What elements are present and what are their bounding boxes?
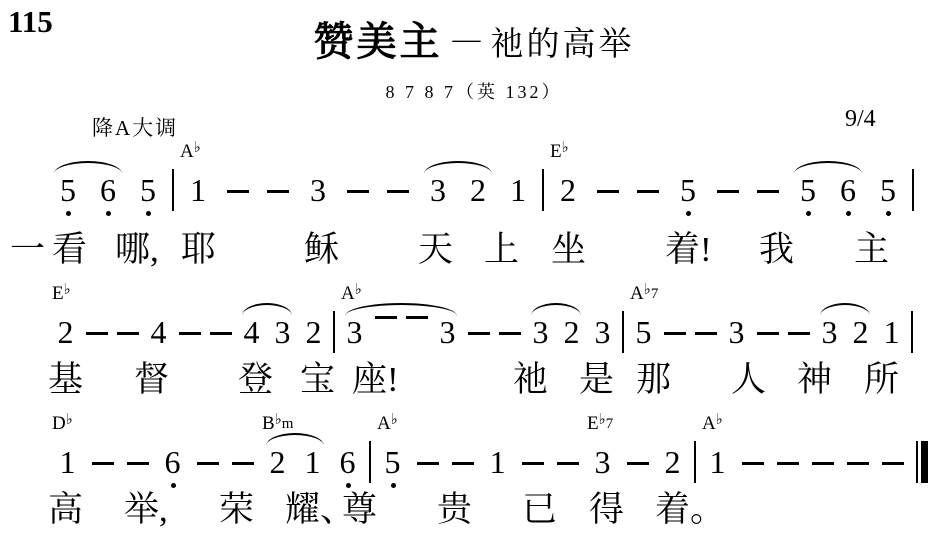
note: 2 [298,316,329,348]
note: 1 [876,316,907,348]
chord-suffix: 7 [606,416,614,432]
flat-sign: ♭ [194,140,201,156]
lyric-syllable: 得 [589,490,624,530]
note: 1 [480,446,515,478]
duration-dash-mark [717,190,739,193]
slur-group: B♭m21 [260,446,330,478]
lyric-syllable: 神 [797,360,832,400]
duration-dash [370,316,401,332]
duration-dash-mark [882,462,904,465]
duration-dash [748,190,788,206]
duration-dash [628,190,668,206]
title-subtitle: 祂的高举 [491,27,635,63]
slur-group: A♭33 [339,316,463,348]
barline [369,441,371,483]
lyric-syllable: 督 [134,360,169,400]
note: 2 [458,174,498,206]
barline [333,311,335,353]
lyric-syllable: 我 [759,230,794,270]
duration-dash-mark [597,190,619,193]
duration-dash-mark [375,316,397,319]
note: 2E♭ [50,316,81,348]
lyric-syllable: 所 [864,360,899,400]
duration-dash-mark [92,462,114,465]
slur-group: 32 [525,316,587,348]
note: 6 [828,174,868,206]
flat-sign: ♭ [66,412,73,428]
duration-dash [225,462,260,478]
note: 3 [418,174,458,206]
duration-dash-mark [117,332,139,335]
barline [694,441,696,483]
duration-dash-mark [210,332,232,335]
lyric-syllable: 耶 [181,230,216,270]
duration-dash-mark [742,462,764,465]
lyric-syllable: 哪, [115,230,159,270]
note: 3E♭7 [585,446,620,478]
meter-info: 8 7 8 7（英 132） [0,78,948,104]
note: 3 [432,316,463,348]
note: 5 [788,174,828,206]
note: 6 [88,174,128,206]
duration-dash [805,462,840,478]
duration-dash-mark [757,190,779,193]
note: 3 [587,316,618,348]
duration-dash-mark [347,190,369,193]
note: 5A♭ [375,446,410,478]
lyric-syllable: 座! [352,360,399,400]
chord-suffix: 7 [651,286,659,302]
chord-label: E♭7 [587,413,613,433]
duration-dash-mark [499,332,521,335]
lyric-syllable: 人 [731,360,766,400]
lyric-syllable: 天 [418,230,453,270]
note: 3 [339,316,370,348]
note: 2 [655,446,690,478]
chord-label: A♭ [377,413,398,433]
music-line-3: 1D♭6B♭m2165A♭13E♭721A♭ [50,442,930,478]
flat-sign: ♭ [391,412,398,428]
duration-dash-mark [127,462,149,465]
flat-sign: ♭ [562,140,569,156]
time-signature: 9/4 [845,106,876,133]
duration-dash-mark [757,332,779,335]
note: 1A♭ [178,174,218,206]
chord-suffix: m [282,416,294,432]
note: 1D♭ [50,446,85,478]
duration-dash [588,190,628,206]
duration-dash [378,190,418,206]
note: 3 [814,316,845,348]
title-dash-separator: — [453,24,481,55]
duration-dash [708,190,748,206]
duration-dash-mark [267,190,289,193]
lyric-syllable: 基 [48,360,83,400]
flat-sign: ♭ [716,412,723,428]
flat-sign: ♭ [275,412,282,428]
chord-label: D♭ [52,413,73,433]
note: 4 [236,316,267,348]
duration-dash [190,462,225,478]
title-main: 赞美主 [314,20,443,64]
note: 3 [298,174,338,206]
duration-dash-mark [637,190,659,193]
note: 1A♭ [700,446,735,478]
chord-label: B♭m [262,413,293,433]
lyric-syllable: 坐 [551,230,586,270]
barline [542,169,544,211]
duration-dash-mark [812,462,834,465]
barline [622,311,624,353]
hymn-sheet: 115 赞美主—祂的高举 8 7 8 7（英 132） 降A大调 9/4 565… [0,0,948,555]
duration-dash-mark [664,332,686,335]
duration-dash [401,316,432,332]
slur-group: 56 [788,174,868,206]
chord-label: A♭ [341,283,362,303]
duration-dash-mark [788,332,810,335]
duration-dash-mark [197,462,219,465]
duration-dash-mark [777,462,799,465]
note: 2 [845,316,876,348]
chord-label: A♭7 [630,283,658,303]
note: 1 [498,174,538,206]
note: 5 [668,174,708,206]
flat-sign: ♭ [599,412,606,428]
duration-dash-mark [387,190,409,193]
duration-dash [770,462,805,478]
lyric-syllable: 荣 [219,490,254,530]
note: 3 [721,316,752,348]
final-barline-thick [921,441,928,483]
note: 5 [48,174,88,206]
duration-dash [735,462,770,478]
lyric-syllable: 着! [665,230,712,270]
duration-dash [205,332,236,348]
slur-group: 32 [418,174,498,206]
duration-dash-mark [468,332,490,335]
duration-dash [81,332,112,348]
lyric-syllable: 看 [52,230,87,270]
lyric-syllable: 着。 [655,490,725,530]
duration-dash-mark [695,332,717,335]
duration-dash [174,332,205,348]
duration-dash [550,462,585,478]
duration-dash [463,332,494,348]
barline [911,311,913,353]
chord-label: E♭ [52,283,71,303]
flat-sign: ♭ [644,282,651,298]
lyric-syllable: 一 [10,230,45,270]
lyric-syllable: 稣 [304,230,339,270]
duration-dash [410,462,445,478]
duration-dash-mark [227,190,249,193]
lyric-syllable: 上 [484,230,519,270]
duration-dash [752,332,783,348]
lyric-syllable: 那 [636,360,671,400]
lyric-syllable: 宝 [300,360,335,400]
note: 1 [295,446,330,478]
lyrics-line-1: 一看哪,耶稣天上坐着!我主 [0,230,948,276]
barline [172,169,174,211]
lyric-syllable: 祂 [513,360,548,400]
duration-dash-mark [627,462,649,465]
duration-dash-mark [406,316,428,319]
note: 6 [330,446,365,478]
lyric-syllable: 登 [238,360,273,400]
note: 2 [260,446,295,478]
note: 2 [556,316,587,348]
slur-group: 56 [48,174,128,206]
duration-dash [515,462,550,478]
lyric-syllable: 高 [48,490,83,530]
duration-dash-mark [522,462,544,465]
duration-dash [258,190,298,206]
note: 5 [868,174,908,206]
note: 2E♭ [548,174,588,206]
note: 5 [128,174,168,206]
note: 3 [267,316,298,348]
duration-dash [218,190,258,206]
lyric-syllable: 已 [522,490,557,530]
lyrics-line-3: 高举,荣耀、尊贵已得着。 [0,490,948,536]
slur-group: 43 [236,316,298,348]
flat-sign: ♭ [355,282,362,298]
duration-dash-mark [417,462,439,465]
duration-dash [85,462,120,478]
duration-dash [620,462,655,478]
final-barline [916,441,928,483]
note: 3 [525,316,556,348]
duration-dash [338,190,378,206]
duration-dash [690,332,721,348]
lyric-syllable: 举, [124,490,168,530]
music-line-2: 2E♭4432A♭333235A♭73321 [50,312,917,348]
duration-dash-mark [557,462,579,465]
duration-dash-mark [452,462,474,465]
duration-dash-mark [179,332,201,335]
duration-dash [445,462,480,478]
duration-dash-mark [847,462,869,465]
lyrics-line-2: 基督登宝座!祂是那人神所 [0,360,948,406]
flat-sign: ♭ [64,282,71,298]
duration-dash [840,462,875,478]
hymn-title: 赞美主—祂的高举 [0,10,948,67]
chord-label: A♭ [702,413,723,433]
chord-label: E♭ [550,141,569,161]
duration-dash [112,332,143,348]
duration-dash [659,332,690,348]
duration-dash [494,332,525,348]
duration-dash [120,462,155,478]
lyric-syllable: 是 [579,360,614,400]
chord-label: A♭ [180,141,201,161]
note: 5A♭7 [628,316,659,348]
note: 4 [143,316,174,348]
lyric-syllable: 尊 [342,490,377,530]
barline [912,169,914,211]
music-line-1: 5651A♭33212E♭5565 [48,170,918,206]
key-signature: 降A大调 [92,112,178,142]
note: 6 [155,446,190,478]
duration-dash [875,462,910,478]
lyric-syllable: 贵 [437,490,472,530]
duration-dash-mark [86,332,108,335]
lyric-syllable: 主 [854,230,889,270]
duration-dash [783,332,814,348]
duration-dash-mark [232,462,254,465]
final-barline-thin [916,441,918,483]
slur-group: 32 [814,316,876,348]
